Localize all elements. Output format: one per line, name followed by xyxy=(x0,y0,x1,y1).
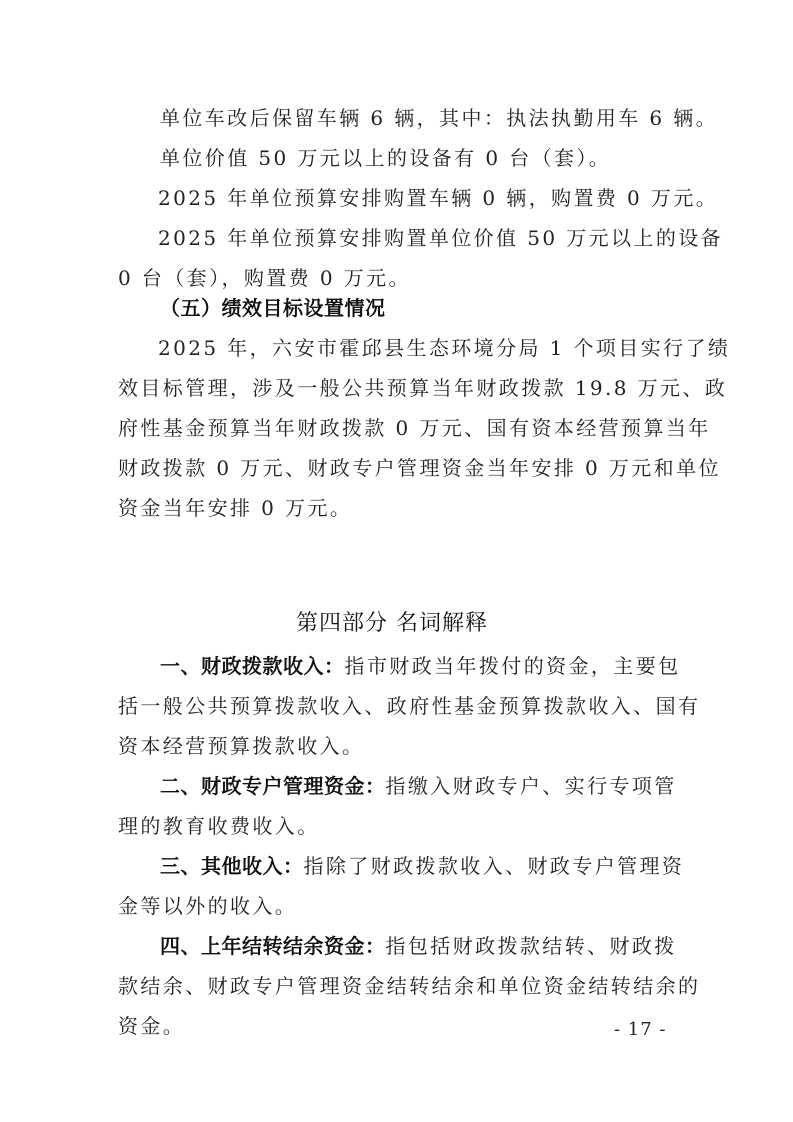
term-label: 三、其他收入： xyxy=(160,854,304,878)
text: 2025 年，六安市霍邱县生态环境分局 1 个项目实行了绩 xyxy=(158,336,730,360)
term-label: 一、财政拨款收入： xyxy=(160,654,345,678)
text: 款结余、财政专户管理资金结转结余和单位资金结转结余的 xyxy=(118,974,700,998)
term-4: 四、上年结转结余资金：指包括财政拨款结转、财政拨 xyxy=(160,934,677,958)
term-definition: 指市财政当年拨付的资金，主要包 xyxy=(345,654,681,678)
text: 效目标管理，涉及一般公共预算当年财政拨款 19.8 万元、政 xyxy=(118,376,727,400)
text: 0 台（套），购置费 0 万元。 xyxy=(118,266,411,290)
term-3: 三、其他收入：指除了财政拨款收入、财政专户管理资 xyxy=(160,854,684,878)
title-text: 第四部分 名词解释 xyxy=(296,612,488,636)
term-definition: 指缴入财政专户、实行专项管 xyxy=(386,774,677,798)
text: 2025 年单位预算安排购置单位价值 50 万元以上的设备 xyxy=(158,226,723,250)
text: 括一般公共预算拨款收入、政府性基金预算拨款收入、国有 xyxy=(118,694,700,718)
heading-text: （五）绩效目标设置情况 xyxy=(160,296,386,320)
text: 金等以外的收入。 xyxy=(118,894,297,918)
text: 理的教育收费收入。 xyxy=(118,814,320,838)
term-label: 四、上年结转结余资金： xyxy=(160,934,386,958)
text: 资金当年安排 0 万元。 xyxy=(118,496,352,520)
text: 2025 年单位预算安排购置车辆 0 辆，购置费 0 万元。 xyxy=(158,186,718,210)
term-label: 二、财政专户管理资金： xyxy=(160,774,386,798)
text: 府性基金预算当年财政拨款 0 万元、国有资本经营预算当年 xyxy=(118,416,711,440)
term-2: 二、财政专户管理资金：指缴入财政专户、实行专项管 xyxy=(160,774,677,798)
term-definition: 指除了财政拨款收入、财政专户管理资 xyxy=(304,854,685,878)
text: 财政拨款 0 万元、财政专户管理资金当年安排 0 万元和单位 xyxy=(118,456,721,480)
text: 单位价值 50 万元以上的设备有 0 台（套）。 xyxy=(160,146,611,170)
term-1: 一、财政拨款收入：指市财政当年拨付的资金，主要包 xyxy=(160,654,681,678)
text: 单位车改后保留车辆 6 辆，其中：执法执勤用车 6 辆。 xyxy=(160,106,718,130)
page-number: - 17 - xyxy=(614,1018,667,1042)
term-definition: 指包括财政拨款结转、财政拨 xyxy=(386,934,677,958)
text: 资本经营预算拨款收入。 xyxy=(118,734,364,758)
text: 资金。 xyxy=(118,1014,185,1038)
